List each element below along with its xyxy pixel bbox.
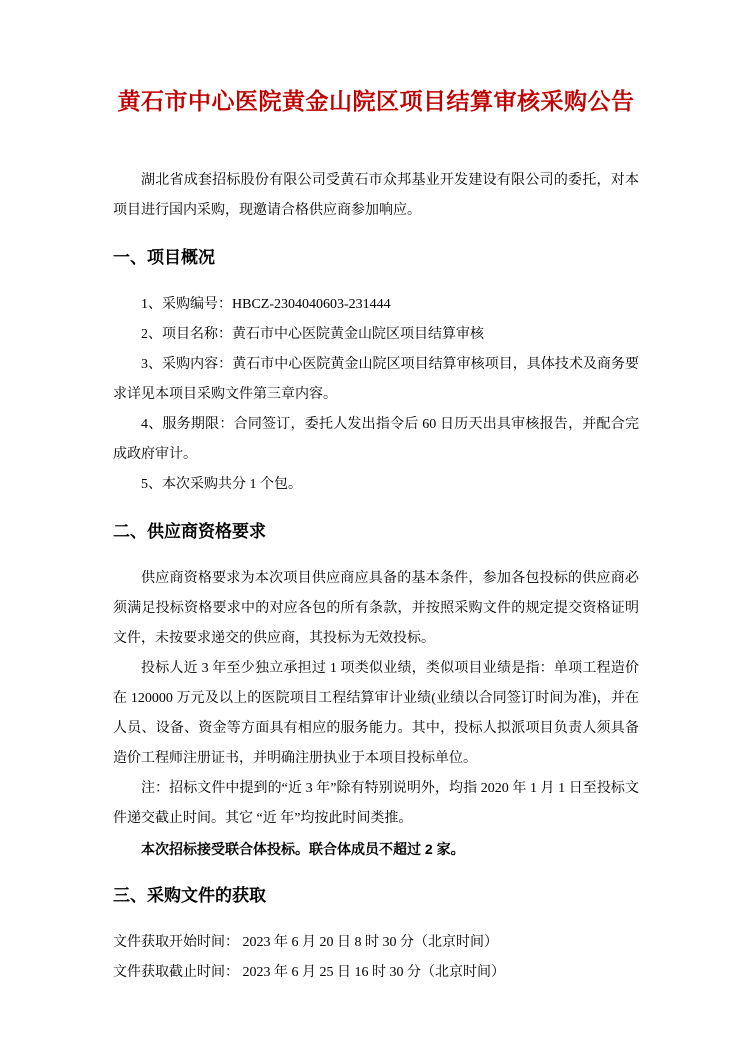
file-obtain-start-time: 文件获取开始时间： 2023 年 6 月 20 日 8 时 30 分（北京时间） <box>113 928 639 958</box>
file-obtain-end-time: 文件获取截止时间： 2023 年 6 月 25 日 16 时 30 分（北京时间… <box>113 958 639 988</box>
service-period: 4、服务期限：合同签订，委托人发出指令后 60 日历天出具审核报告，并配合完成政… <box>113 410 639 470</box>
intro-paragraph: 湖北省成套招标股份有限公司受黄石市众邦基业开发建设有限公司的委托，对本项目进行国… <box>113 166 639 226</box>
note-paragraph: 注：招标文件中提到的“近 3 年”除有特别说明外，均指 2020 年 1 月 1… <box>113 774 639 834</box>
procurement-content: 3、采购内容：黄石市中心医院黄金山院区项目结算审核项目，具体技术及商务要求详见本… <box>113 350 639 410</box>
section-1-heading: 一、项目概况 <box>113 243 639 273</box>
project-name: 2、项目名称：黄石市中心医院黄金山院区项目结算审核 <box>113 320 639 350</box>
document-page: 黄石市中心医院黄金山院区项目结算审核采购公告 湖北省成套招标股份有限公司受黄石市… <box>0 0 751 1063</box>
package-count: 5、本次采购共分 1 个包。 <box>113 470 639 500</box>
consortium-note: 本次招标接受联合体投标。联合体成员不超过 2 家。 <box>113 834 639 864</box>
section-2-heading: 二、供应商资格要求 <box>113 517 639 547</box>
performance-requirement-paragraph: 投标人近 3 年至少独立承担过 1 项类似业绩，类似项目业绩是指：单项工程造价在… <box>113 654 639 774</box>
supplier-qualification-paragraph: 供应商资格要求为本次项目供应商应具备的基本条件，参加各包投标的供应商必须满足投标… <box>113 564 639 654</box>
document-title: 黄石市中心医院黄金山院区项目结算审核采购公告 <box>113 84 639 120</box>
procurement-number: 1、采购编号：HBCZ-2304040603-231444 <box>113 290 639 320</box>
section-3-heading: 三、采购文件的获取 <box>113 881 639 911</box>
